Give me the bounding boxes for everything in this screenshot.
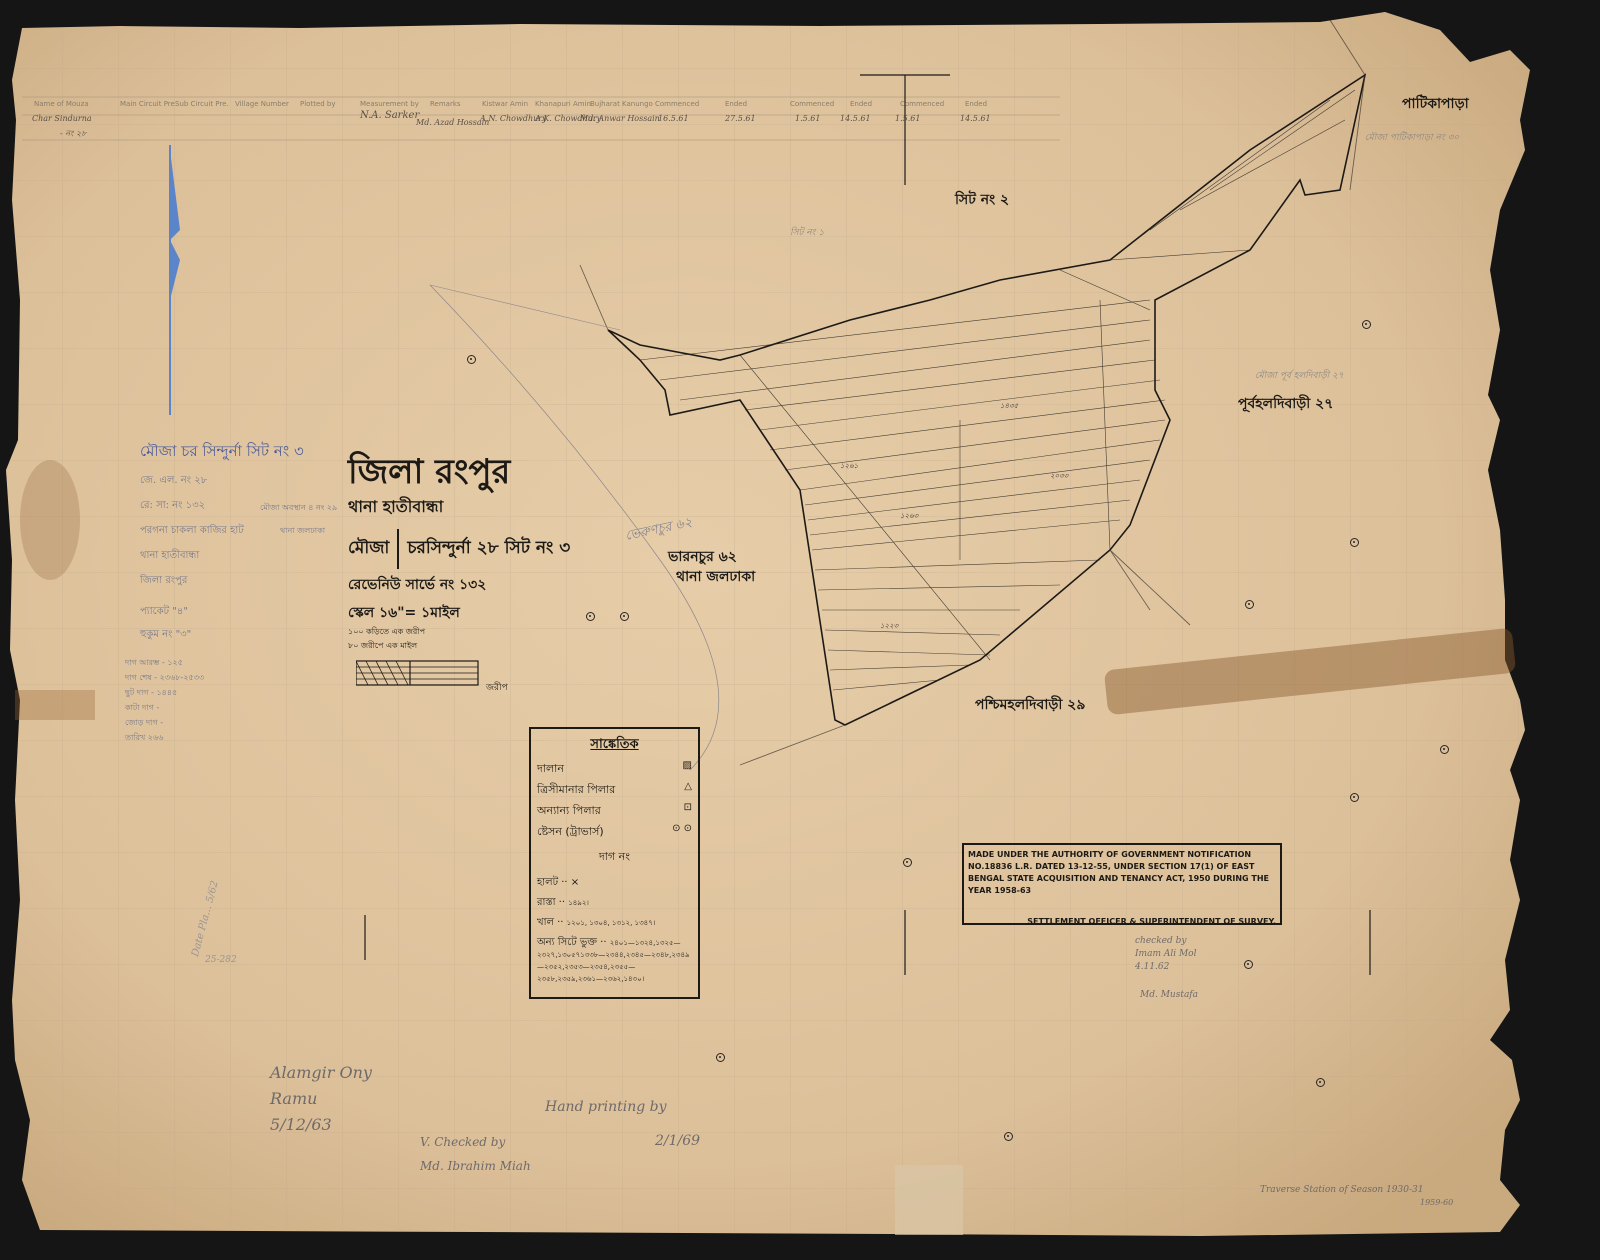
plot-no-header: দাগ নং [537, 848, 692, 867]
legend-label: ষ্টেসন (ট্রাভার্স) [537, 823, 604, 842]
station-icon [586, 612, 595, 621]
legend-canal: খাল ·· ১২০১, ১৩০৪, ১৩১২, ১৩৪৭। [537, 917, 692, 929]
header-col: Commenced [655, 100, 699, 108]
station-icon [1362, 320, 1371, 329]
other-sheet-label: অন্য সিটে ভুক্ত [537, 937, 597, 948]
label-sheet-pencil: সিট নং ১ [790, 225, 824, 240]
map-sheet: Name of Mouza Main Circuit Pre. Sub Circ… [0, 0, 1600, 1260]
header-col: Ended [725, 100, 747, 108]
road-plots: ১৪৯২। [568, 899, 589, 907]
canal-plots: ১২০১, ১৩০৪, ১৩১২, ১৩৪৭। [567, 919, 656, 927]
plot-summary-line: কাটা দাগ - [125, 700, 204, 715]
map-scale: স্কেল ১৬"= ১মাইল [348, 601, 598, 625]
header-col: Khanapuri Amin [535, 100, 591, 108]
handwritten-line: হুকুম নং "৩" [140, 627, 304, 644]
authority-box: MADE UNDER THE AUTHORITY OF GOVERNMENT N… [962, 843, 1282, 925]
note-line: Imam Ali Mol [1135, 948, 1196, 961]
scale-bar-unit: জরীপ [486, 680, 508, 695]
label-thana-jaldhaka: থানা জলঢাকা [676, 565, 755, 589]
traverse-season-note: Traverse Station of Season 1930-31 [1260, 1185, 1423, 1195]
note-line: 4.11.62 [1135, 961, 1196, 974]
plot-summary-line: দাগ আরম্ভ - ১২৫ [125, 655, 204, 670]
legend-road: রাস্তা ·· ১৪৯২। [537, 897, 692, 909]
header-col: Sub Circuit Pre. [175, 100, 229, 108]
header-val: 1.5.61 [795, 114, 820, 123]
station-icon [903, 858, 912, 867]
station-icon [1316, 1078, 1325, 1087]
road-label: রাস্তা [537, 897, 556, 908]
header-val: Md. Anwar Hossain [580, 114, 660, 123]
mouza-name: চরসিন্দুর্না ২৮ সিট নং ৩ [407, 535, 570, 563]
left-misc-note: 25-282 [205, 955, 237, 965]
handwritten-title: মৌজা চর সিন্দুর্না সিট নং ৩ [140, 440, 304, 465]
label-paschim-haldibari: পশ্চিমহলদিবাড়ী ২৯ [975, 693, 1085, 717]
district-title: জিলা রংপুর [348, 452, 598, 492]
legend-item: ষ্টেসন (ট্রাভার্স)⊙ ⊙ [537, 823, 692, 842]
station-icon [1350, 793, 1359, 802]
station-icon [1004, 1132, 1013, 1141]
station-icon [620, 612, 629, 621]
header-col: Commenced [900, 100, 944, 108]
mustafa-note: Md. Mustafa [1140, 990, 1198, 1000]
note-line: Hand printing by [545, 1090, 700, 1124]
checked-note: checked by Imam Ali Mol 4.11.62 [1135, 935, 1196, 974]
header-col: Measurement by [360, 100, 419, 108]
station-icon [1245, 600, 1254, 609]
station-icon [716, 1053, 725, 1062]
legend-title: সাঙ্কেতিক [537, 735, 692, 756]
header-val: N.A. Sarker [360, 110, 419, 121]
note-line: Alamgir Ony [270, 1060, 372, 1086]
legend-item: ত্রিসীমানার পিলার△ [537, 781, 692, 800]
header-col: Bujharat Kanungo [590, 100, 653, 108]
pillar-icon: ⊡ [684, 802, 692, 821]
label-purba-haldibari-handwritten: মৌজা পূর্ব হলদিবাড়ী ২৭ [1255, 368, 1344, 383]
plot-summary-line: দাগ শেষ - ২৩৬৮-২৫৩৩ [125, 670, 204, 685]
legend-other-sheet: অন্য সিটে ভুক্ত ·· ২৪০১—১৩২৪,১৩২৫—২৩২৭,১… [537, 937, 692, 985]
thana-label: থানা হাতীবান্ধা [348, 494, 598, 521]
revenue-survey-no: রেভেনিউ সার্ভে নং ১৩২ [348, 573, 598, 597]
legend-label: দালান [537, 760, 564, 779]
note-line: checked by [1135, 935, 1196, 948]
authority-signatory: SETTLEMENT OFFICER & SUPERINTENDENT OF S… [968, 917, 1276, 926]
halot-label: হালট [537, 877, 558, 888]
mouza-label: মৌজা [348, 535, 389, 563]
station-icon [1244, 960, 1253, 969]
header-col: Main Circuit Pre. [120, 100, 177, 108]
legend-box: সাঙ্কেতিক দালান▨ ত্রিসীমানার পিলার△ অন্য… [529, 727, 700, 999]
tri-junction-pillar-icon: △ [684, 781, 692, 800]
building-icon: ▨ [683, 760, 692, 779]
hand-printing-note: Hand printing by 2/1/69 [545, 1090, 700, 1158]
scale-note: ১০০ কড়িতে এক জরীপ [348, 626, 598, 639]
canal-label: খাল [537, 917, 554, 928]
header-val: 14.5.61 [840, 114, 871, 123]
label-patikapara: পাটিকাপাড়া [1402, 92, 1469, 116]
header-col: Kistwar Amin [482, 100, 528, 108]
scale-note: ৮০ জরীপে এক মাইল [348, 640, 598, 653]
legend-label: ত্রিসীমানার পিলার [537, 781, 615, 800]
note-line: V. Checked by [420, 1130, 531, 1154]
header-val: 27.5.61 [725, 114, 756, 123]
header-col: Ended [850, 100, 872, 108]
season-note: 1959-60 [1420, 1198, 1453, 1207]
header-val: 14.5.61 [960, 114, 991, 123]
legend-item: দালান▨ [537, 760, 692, 779]
legend-halot: হালট ·· × [537, 877, 692, 889]
note-line: Ramu [270, 1086, 372, 1112]
parcel-number: ১৪৩৫ [1000, 400, 1018, 412]
note-line: Md. Ibrahim Miah [420, 1154, 531, 1178]
header-note: - নং ২৮ [60, 128, 86, 141]
header-col: Ended [965, 100, 987, 108]
header-val: Char Sindurna [32, 114, 92, 123]
authority-text: MADE UNDER THE AUTHORITY OF GOVERNMENT N… [968, 849, 1276, 897]
header-val: Md. Azad Hossain [416, 118, 489, 127]
handwritten-line: প্যাকেট "৪" [140, 604, 304, 621]
header-col: Commenced [790, 100, 834, 108]
parcel-number: ১২৬৩ [900, 510, 918, 522]
handwritten-line: থানা হাতীবান্ধা [140, 548, 304, 565]
title-block: জিলা রংপুর থানা হাতীবান্ধা মৌজা চরসিন্দু… [348, 452, 598, 693]
plot-summary-line: জোড় দাগ - [125, 715, 204, 730]
traverse-station-icon: ⊙ ⊙ [672, 823, 692, 842]
station-icon [1440, 745, 1449, 754]
handwritten-side-line: থানা জলঢাকা [280, 525, 325, 538]
station-icon [467, 355, 476, 364]
handwritten-line: জিলা রংপুর [140, 573, 304, 590]
handwritten-line: জে. এল. নং ২৮ [140, 473, 304, 490]
label-sheet-2: সিট নং ২ [955, 188, 1009, 212]
plot-summary-line: ছুট দাগ - ১৪৪৫ [125, 685, 204, 700]
station-icon [1350, 538, 1359, 547]
handwritten-mouza-block: মৌজা চর সিন্দুর্না সিট নং ৩ জে. এল. নং ২… [140, 440, 304, 644]
halot-symbol: × [571, 877, 579, 888]
plot-summary-line: তারিখ ২৬৬ [125, 730, 204, 745]
header-col: Village Number [235, 100, 289, 108]
legend-label: অন্যান্য পিলার [537, 802, 601, 821]
parcel-number: ২০৩৩ [1050, 470, 1068, 482]
note-line: 5/12/63 [270, 1112, 372, 1138]
label-purba-haldibari: পূর্বহলদিবাড়ী ২৭ [1238, 392, 1333, 416]
mouza-row: মৌজা চরসিন্দুর্না ২৮ সিট নং ৩ [348, 529, 598, 569]
handwritten-side-line: মৌজা অবস্থান ৪ নং ২৯ [260, 502, 337, 515]
parcel-number: ১২২৩ [880, 620, 898, 632]
bracket-divider [397, 529, 399, 569]
header-col: Name of Mouza [34, 100, 89, 108]
drawing-signature: Alamgir Ony Ramu 5/12/63 [270, 1060, 372, 1138]
note-line: 2/1/69 [655, 1124, 700, 1158]
parcel-number: ১২৬১ [840, 460, 858, 472]
header-col: Remarks [430, 100, 461, 108]
header-val: 1.5.61 [895, 114, 920, 123]
plot-summary: দাগ আরম্ভ - ১২৫ দাগ শেষ - ২৩৬৮-২৫৩৩ ছুট … [125, 655, 204, 745]
header-val: 16.5.61 [658, 114, 689, 123]
scale-bar-graphic [356, 659, 486, 689]
verification-signature: V. Checked by Md. Ibrahim Miah [420, 1130, 531, 1178]
scale-bar: জরীপ [348, 659, 598, 693]
label-patikapara-handwritten: মৌজা পাটিকাপাড়া নং ৩০ [1365, 130, 1459, 145]
legend-item: অন্যান্য পিলার⊡ [537, 802, 692, 821]
header-col: Plotted by [300, 100, 336, 108]
